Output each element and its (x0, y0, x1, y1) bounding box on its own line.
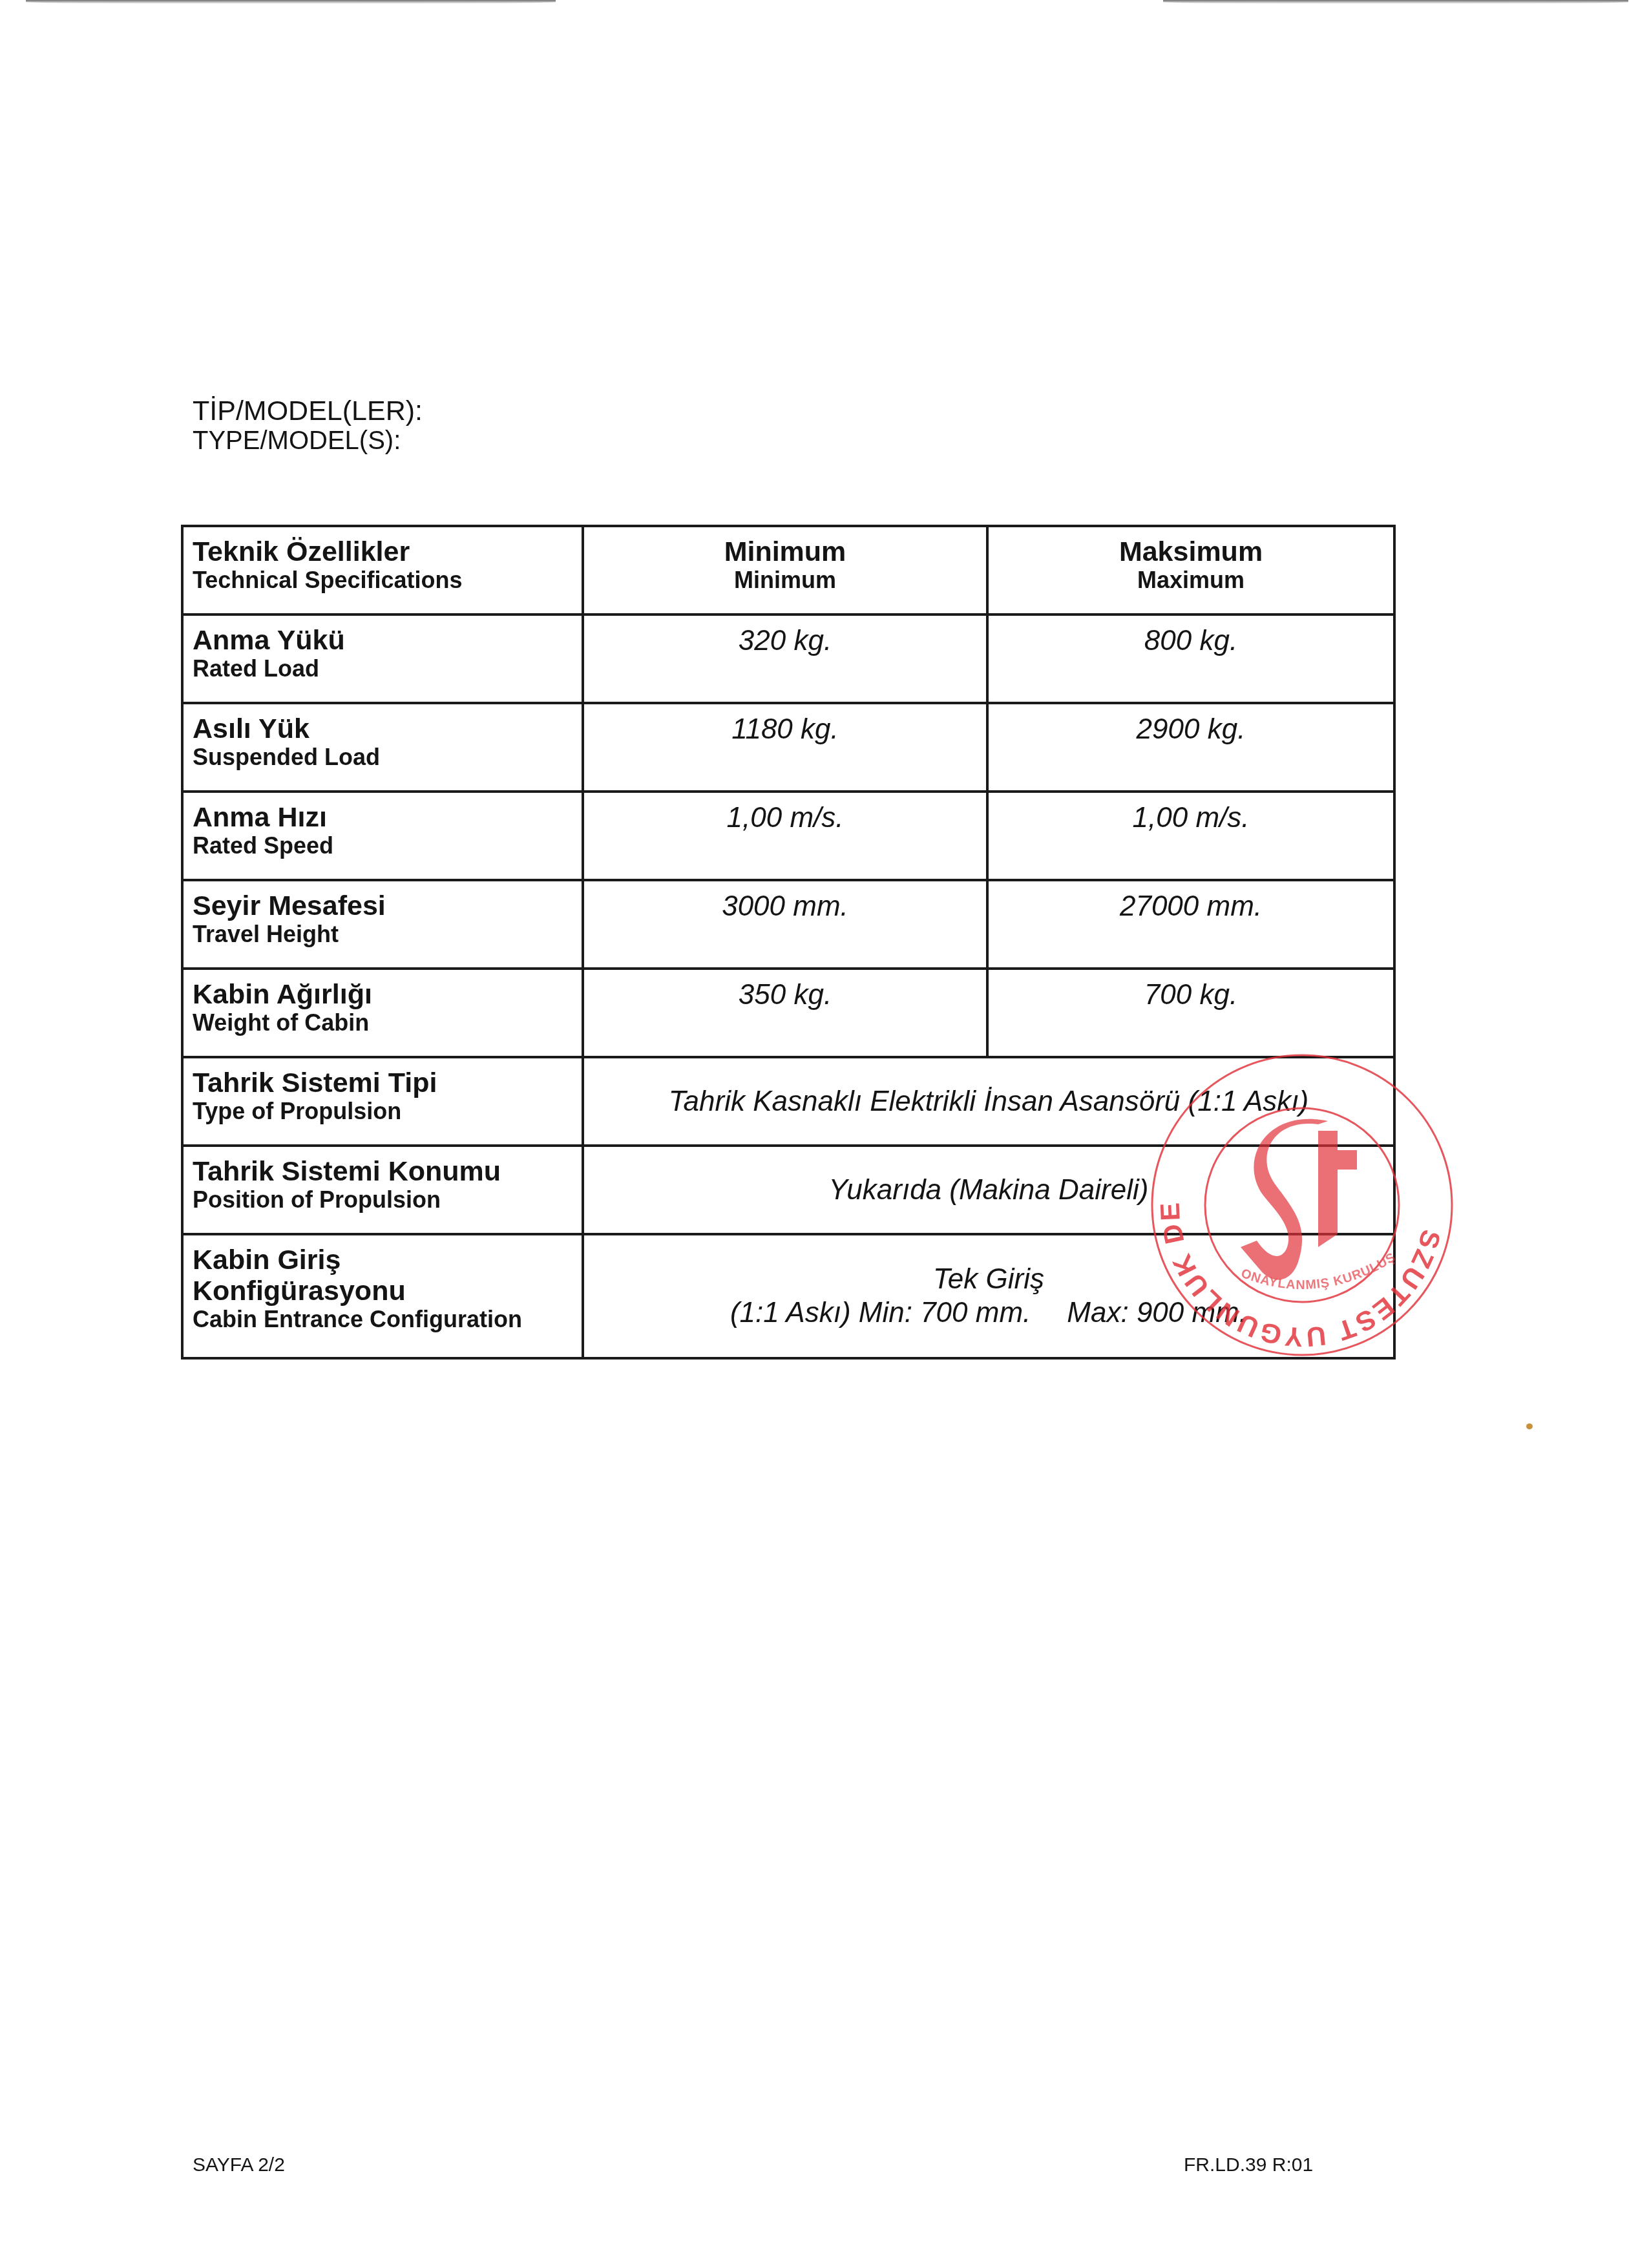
model-heading-tr: TİP/MODEL(LER): (193, 396, 423, 426)
row-label: Kabin Giriş Konfigürasyonu Cabin Entranc… (182, 1234, 583, 1358)
table-header-row: Teknik Özellikler Technical Specificatio… (182, 526, 1394, 614)
row-label-en: Type of Propulsion (193, 1098, 582, 1124)
row-label-tr: Seyir Mesafesi (193, 890, 582, 921)
max-value: 700 kg. (987, 969, 1394, 1057)
value-text: Tahrik Kasnaklı Elektrikli İnsan Asansör… (584, 1085, 1393, 1118)
row-label: Anma Hızı Rated Speed (182, 792, 583, 880)
page-number: SAYFA 2/2 (193, 2154, 285, 2176)
column-header-tr: Minimum (584, 536, 986, 567)
row-label-tr: Asılı Yük (193, 713, 582, 744)
min-value: 1,00 m/s. (583, 792, 987, 880)
model-heading-en: TYPE/MODEL(S): (193, 426, 423, 456)
value-text-line2: (1:1 Askı) Min: 700 mm.Max: 900 mm. (584, 1296, 1393, 1330)
row-label-tr: Tahrik Sistemi Konumu (193, 1156, 582, 1187)
table-row: Anma Yükü Rated Load 320 kg. 800 kg. (182, 614, 1394, 703)
column-header-maximum: Maksimum Maximum (987, 526, 1394, 614)
row-label: Tahrik Sistemi Konumu Position of Propul… (182, 1146, 583, 1234)
propulsion-type-value: Tahrik Kasnaklı Elektrikli İnsan Asansör… (583, 1057, 1394, 1146)
row-label-tr: Kabin Ağırlığı (193, 979, 582, 1010)
max-width-text: Max: 900 mm. (1067, 1297, 1247, 1328)
scan-edge-shadow (26, 0, 556, 4)
row-label-en: Cabin Entrance Configuration (193, 1307, 582, 1332)
min-width-text: (1:1 Askı) Min: 700 mm. (730, 1297, 1031, 1328)
row-label-en: Suspended Load (193, 744, 582, 770)
column-header-tr: Maksimum (989, 536, 1393, 567)
scan-edge-shadow (1163, 0, 1628, 4)
min-value: 350 kg. (583, 969, 987, 1057)
form-code: FR.LD.39 R:01 (1184, 2154, 1313, 2176)
row-label: Tahrik Sistemi Tipi Type of Propulsion (182, 1057, 583, 1146)
row-label: Seyir Mesafesi Travel Height (182, 880, 583, 969)
table-row-propulsion-position: Tahrik Sistemi Konumu Position of Propul… (182, 1146, 1394, 1234)
table-row: Kabin Ağırlığı Weight of Cabin 350 kg. 7… (182, 969, 1394, 1057)
scan-artifact-dot (1526, 1423, 1533, 1429)
table-row: Anma Hızı Rated Speed 1,00 m/s. 1,00 m/s… (182, 792, 1394, 880)
row-label: Asılı Yük Suspended Load (182, 703, 583, 792)
value-text: Tek Giriş (584, 1263, 1393, 1296)
row-label: Anma Yükü Rated Load (182, 614, 583, 703)
min-value: 320 kg. (583, 614, 987, 703)
max-value: 1,00 m/s. (987, 792, 1394, 880)
cabin-entrance-value: Tek Giriş (1:1 Askı) Min: 700 mm.Max: 90… (583, 1234, 1394, 1358)
column-header-en: Minimum (584, 567, 986, 593)
row-label-tr: Anma Yükü (193, 625, 582, 656)
row-label-tr: Tahrik Sistemi Tipi (193, 1067, 582, 1098)
propulsion-position-value: Yukarıda (Makina Daireli) (583, 1146, 1394, 1234)
column-header-en: Maximum (989, 567, 1393, 593)
min-value: 1180 kg. (583, 703, 987, 792)
table-row: Asılı Yük Suspended Load 1180 kg. 2900 k… (182, 703, 1394, 792)
table-row-cabin-entrance: Kabin Giriş Konfigürasyonu Cabin Entranc… (182, 1234, 1394, 1358)
max-value: 800 kg. (987, 614, 1394, 703)
row-label: Kabin Ağırlığı Weight of Cabin (182, 969, 583, 1057)
value-text: Yukarıda (Makina Daireli) (584, 1173, 1393, 1207)
row-label-en: Weight of Cabin (193, 1010, 582, 1036)
max-value: 2900 kg. (987, 703, 1394, 792)
row-label-tr: Kabin Giriş (193, 1244, 582, 1276)
table-row: Seyir Mesafesi Travel Height 3000 mm. 27… (182, 880, 1394, 969)
column-header-en: Technical Specifications (193, 567, 582, 593)
row-label-tr: Anma Hızı (193, 802, 582, 833)
row-label-en: Travel Height (193, 921, 582, 947)
model-heading: TİP/MODEL(LER): TYPE/MODEL(S): (193, 396, 423, 456)
row-label-en: Rated Load (193, 656, 582, 682)
column-header-minimum: Minimum Minimum (583, 526, 987, 614)
row-label-en: Rated Speed (193, 833, 582, 859)
technical-specifications-table: Teknik Özellikler Technical Specificatio… (181, 525, 1396, 1360)
column-header-tr: Teknik Özellikler (193, 536, 582, 567)
table-row-propulsion-type: Tahrik Sistemi Tipi Type of Propulsion T… (182, 1057, 1394, 1146)
min-value: 3000 mm. (583, 880, 987, 969)
column-header-specifications: Teknik Özellikler Technical Specificatio… (182, 526, 583, 614)
row-label-en: Position of Propulsion (193, 1187, 582, 1213)
max-value: 27000 mm. (987, 880, 1394, 969)
row-label-tr: Konfigürasyonu (193, 1276, 582, 1307)
